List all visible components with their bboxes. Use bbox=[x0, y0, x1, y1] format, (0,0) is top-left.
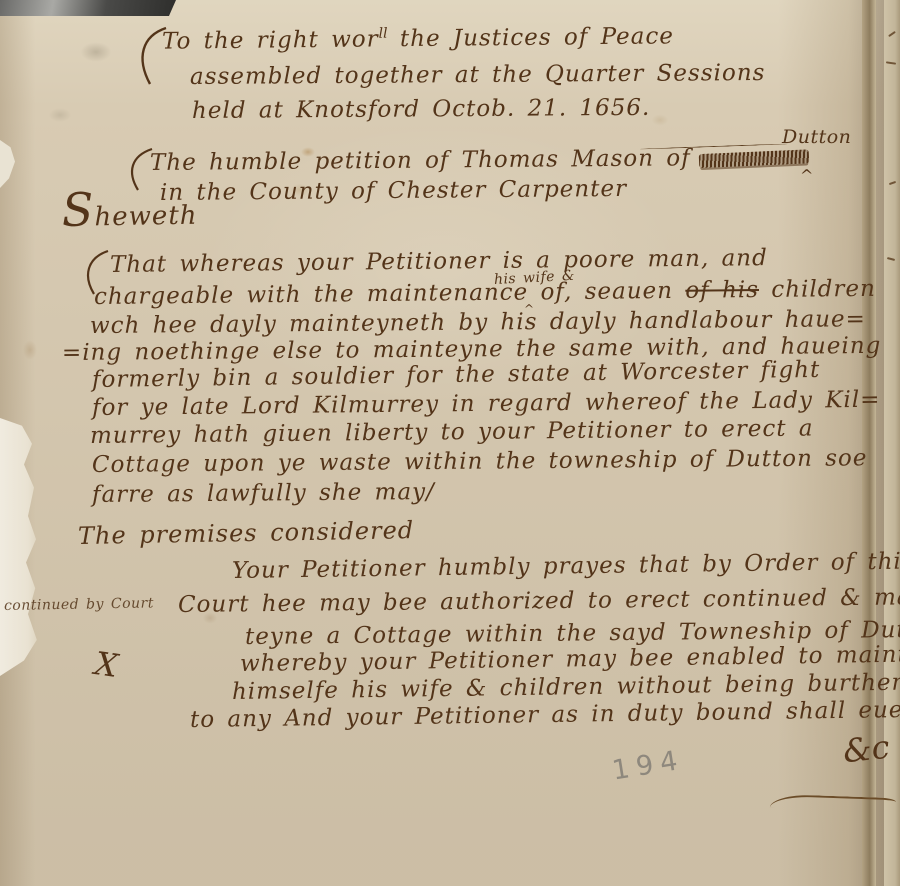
insertion-caret: ^ bbox=[800, 166, 814, 185]
body-line-2-post: children bbox=[759, 276, 876, 303]
top-left-clip-band bbox=[0, 0, 176, 16]
body-line-9: farre as lawfully she may/ bbox=[92, 479, 435, 508]
heading-line-1-cont: the Justices of Peace bbox=[387, 23, 674, 52]
salutation-line-1-text: The humble petition of Thomas Mason of bbox=[150, 145, 691, 176]
heading-line-1-text: To the right wor bbox=[162, 26, 379, 54]
body-line-2-pre: chargeable with the maintenance of, bbox=[94, 279, 573, 310]
manuscript-scan: To the right worll the Justices of Peace… bbox=[0, 0, 900, 886]
premises-line: The premises considered bbox=[78, 516, 415, 550]
superscript-abbreviation: ll bbox=[379, 26, 388, 42]
heading-line-2: assembled together at the Quarter Sessio… bbox=[190, 60, 766, 90]
et-cetera-flourish: &c bbox=[841, 728, 891, 771]
heading-line-3: held at Knotsford Octob. 21. 1656. bbox=[192, 95, 650, 124]
struck-words: of his bbox=[685, 277, 759, 304]
body-line-2-mid: seauen bbox=[572, 278, 685, 305]
heading-line-1: To the right worll the Justices of Peace bbox=[162, 23, 674, 55]
margin-note: continued by Court bbox=[4, 595, 154, 614]
sheweth-label: Sheweth bbox=[62, 198, 198, 233]
margin-x-mark: X bbox=[92, 644, 121, 685]
salutation-line-2: in the County of Chester Carpenter bbox=[160, 176, 627, 206]
obliterated-word-scribble bbox=[698, 149, 809, 168]
